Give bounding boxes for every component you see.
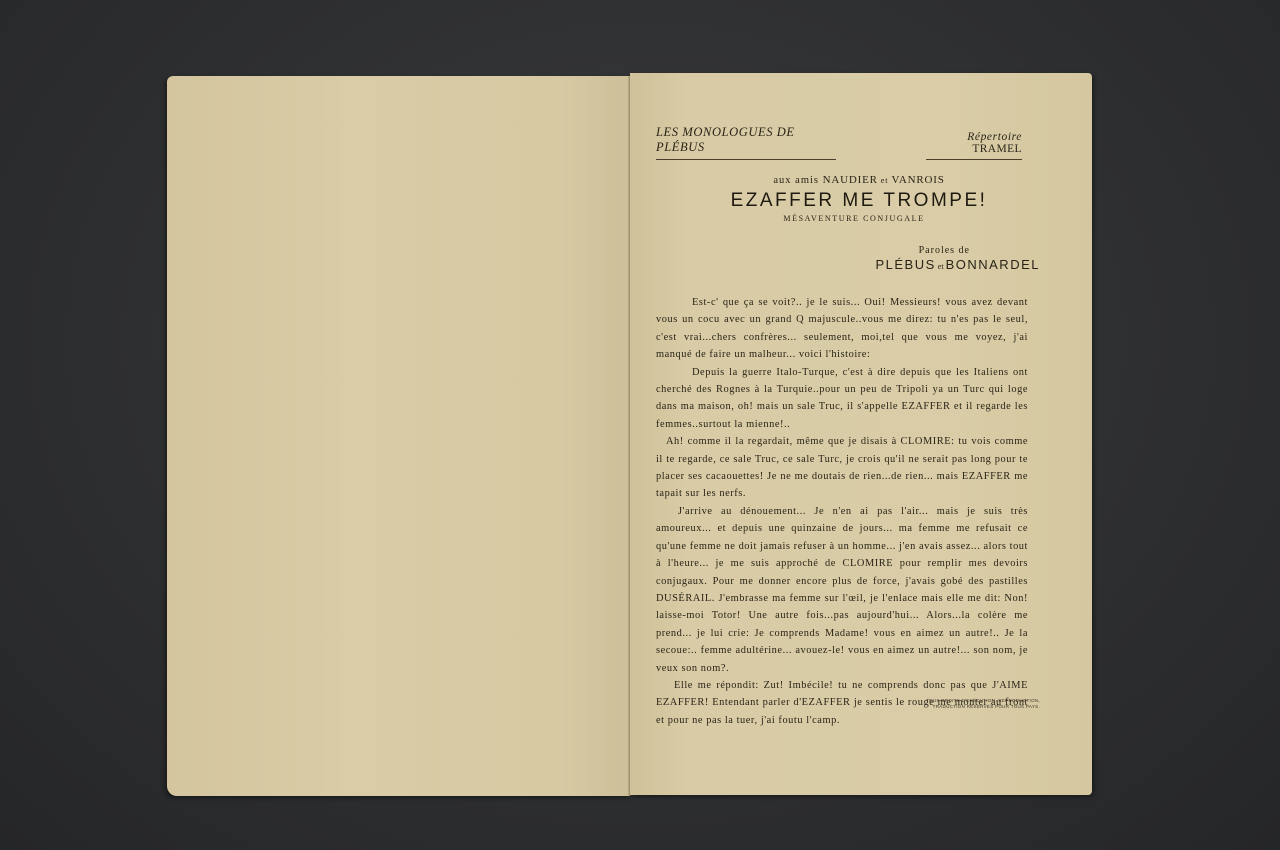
monologue-subtitle: MÉSAVENTURE CONJUGALE: [656, 214, 1022, 223]
series-title: LES MONOLOGUES DE PLÉBUS: [656, 125, 836, 160]
paragraph-2: Depuis la guerre Italo-Turque, c'est à d…: [656, 364, 1028, 434]
author-1: PLÉBUS: [875, 257, 935, 272]
monologue-title: EZAFFER ME TROMPE!: [656, 190, 1022, 212]
rights-line-2: TRADUCTION RÉSERVÉS POUR TOUS PAYS.: [926, 704, 1040, 710]
repertoire-prefix: Répertoire: [967, 131, 1022, 143]
right-page: LES MONOLOGUES DE PLÉBUS Répertoire TRAM…: [630, 73, 1092, 795]
dedication-name-1: NAUDIER: [823, 174, 878, 186]
author-2: BONNARDEL: [946, 257, 1040, 272]
repertoire-label: Répertoire TRAMEL: [926, 131, 1022, 160]
credits-lead: Paroles de: [656, 245, 970, 256]
monologue-body: Est-c' que ça se voit?.. je le suis... O…: [656, 294, 1028, 729]
dedication-name-2: VANROIS: [892, 174, 945, 186]
authors-conj: et: [936, 262, 946, 271]
credits-authors: PLÉBUS et BONNARDEL: [656, 257, 1040, 272]
rights-notice: TOUS DROITS D'EXÉCUTION, REPRODUCTION, T…: [926, 698, 1040, 710]
paragraph-4: J'arrive au dénouement... Je n'en ai pas…: [656, 503, 1028, 677]
dedication-conj: et: [878, 176, 892, 185]
dedication-prefix: aux amis: [773, 175, 822, 186]
credits: Paroles de PLÉBUS et BONNARDEL: [656, 245, 1040, 272]
running-header: LES MONOLOGUES DE PLÉBUS Répertoire TRAM…: [656, 125, 1022, 160]
page-content: LES MONOLOGUES DE PLÉBUS Répertoire TRAM…: [656, 125, 1022, 729]
paragraph-3: Ah! comme il la regardait, même que je d…: [656, 433, 1028, 503]
dedication: aux amis NAUDIER et VANROIS: [656, 174, 1022, 186]
left-page-blank: [167, 76, 630, 796]
repertoire-name: TRAMEL: [972, 143, 1022, 155]
paragraph-1: Est-c' que ça se voit?.. je le suis... O…: [656, 294, 1028, 364]
